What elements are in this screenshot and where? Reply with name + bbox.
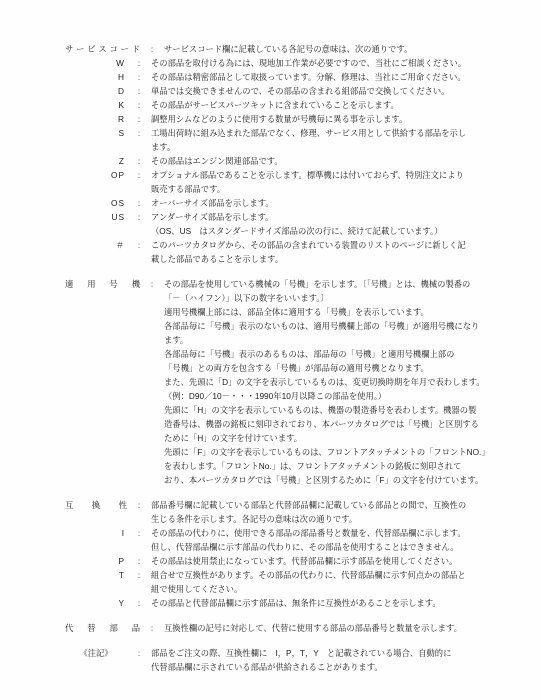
description-text: その部品はエンジン関連部品です。	[151, 154, 491, 168]
description-text: サービスコード欄に記載している各記号の意味は、次の通りです。	[164, 42, 491, 56]
description-text: 部品をご注文の際、互換性欄に I，P，T，Y と記載されている場合、自動的に 代…	[151, 646, 491, 674]
code-label: Y	[65, 596, 127, 610]
code-label: OP	[65, 168, 127, 182]
colon-separator: :	[127, 568, 151, 582]
colon-separator: :	[127, 98, 151, 112]
colon-separator: :	[127, 646, 151, 660]
description-text: その部品を使用している機械の「号機」を示します。〔「号機」とは、機械の製番の 「…	[164, 277, 491, 487]
colon-separator: :	[127, 112, 151, 126]
colon-separator: :	[140, 621, 164, 635]
section-label: 代替部品	[65, 621, 140, 635]
code-label: T	[65, 568, 127, 582]
description-text: 工場出荷時に組み込まれた部品でなく、修理、サービス用として供給する部品を示し ま…	[151, 126, 491, 154]
colon-separator: :	[140, 277, 164, 291]
description-text: その部品の代わりに、使用できる部品の部品番号と数量を、代替部品欄に示します。 但…	[151, 526, 491, 554]
code-label: W	[65, 56, 127, 70]
code-label: P	[65, 554, 127, 568]
colon-separator: :	[127, 238, 151, 252]
colon-separator: :	[140, 42, 164, 56]
colon-separator: :	[127, 498, 151, 512]
code-label: D	[65, 84, 127, 98]
code-label: Z	[65, 154, 127, 168]
colon-separator: :	[127, 554, 151, 568]
code-label: US	[65, 210, 127, 224]
document-page: サービスコード:サービスコード欄に記載している各記号の意味は、次の通りです。W:…	[0, 0, 541, 700]
section-label: サービスコード	[65, 42, 140, 56]
colon-separator: :	[127, 126, 151, 140]
description-text: その部品は使用禁止になっています。代替部品欄に示す部品を使用してください。	[151, 554, 491, 568]
code-label: K	[65, 98, 127, 112]
legend-row: D:単品では交換できませんので、その部品の含まれる組部品で交換してください。	[65, 84, 491, 98]
code-label: H	[65, 70, 127, 84]
colon-separator: :	[127, 210, 151, 224]
legend-row: P:その部品は使用禁止になっています。代替部品欄に示す部品を使用してください。	[65, 554, 491, 568]
description-text: 調整用シムなどのように使用する数量が号機毎に異る事を示します。	[151, 112, 491, 126]
section-label: 互換性	[65, 498, 127, 512]
description-text: 単品では交換できませんので、その部品の含まれる組部品で交換してください。	[151, 84, 491, 98]
legend-row: OP:オプショナル部品であることを示します。標準機には付いておらず、特別注文によ…	[65, 168, 491, 196]
section-label: 適用号機	[65, 277, 140, 291]
colon-separator: :	[127, 56, 151, 70]
colon-separator: :	[127, 196, 151, 210]
description-text: オーバーサイズ部品を示します。	[151, 196, 491, 210]
legend-row: 互換性:部品番号欄に記載している部品と代替部品欄に記載している部品との間で、互換…	[65, 498, 491, 526]
legend-row: H:その部品は精密部品として取扱っています。分解、修理は、当社にご用命ください。	[65, 70, 491, 84]
legend-row: Y:その部品と代替部品欄に示す部品は、無条件に互換性があることを示します。	[65, 596, 491, 610]
legend-row: ＃:このパーツカタログから、その部品の含まれている装置のリストのページに新しく記…	[65, 238, 491, 266]
code-label: OS	[65, 196, 127, 210]
description-text: オプショナル部品であることを示します。標準機には付いておらず、特別注文により 販…	[151, 168, 491, 196]
description-text: 互換性欄の記号に対応して、代替に使用する部品の部品番号と数量を示します。	[164, 621, 491, 635]
description-text: このパーツカタログから、その部品の含まれている装置のリストのページに新しく記 載…	[151, 238, 491, 266]
description-text: 部品番号欄に記載している部品と代替部品欄に記載している部品との間で、互換性の 生…	[151, 498, 491, 526]
legend-row: T:組合せで互換性があります。その部品の代わりに、代替部品欄に示す何点かの部品と…	[65, 568, 491, 596]
description-text: その部品と代替部品欄に示す部品は、無条件に互換性があることを示します。	[151, 596, 491, 610]
legend-row: US:アンダーサイズ部品を示します。 （OS、US はスタンダードサイズ部品の次…	[65, 210, 491, 238]
note-label: 《注記》	[65, 646, 127, 660]
legend-row: サービスコード:サービスコード欄に記載している各記号の意味は、次の通りです。	[65, 42, 491, 56]
colon-separator: :	[127, 70, 151, 84]
description-text: その部品がサービスパーツキットに含まれていることを示します。	[151, 98, 491, 112]
code-label: S	[65, 126, 127, 140]
legend-row: W:その部品を取付ける為には、現地加工作業が必要ですので、当社にご相談ください。	[65, 56, 491, 70]
legend-rows: サービスコード:サービスコード欄に記載している各記号の意味は、次の通りです。W:…	[65, 42, 491, 674]
legend-row: OS:オーバーサイズ部品を示します。	[65, 196, 491, 210]
code-label: I	[65, 526, 127, 540]
colon-separator: :	[127, 154, 151, 168]
colon-separator: :	[127, 168, 151, 182]
legend-row: 代替部品:互換性欄の記号に対応して、代替に使用する部品の部品番号と数量を示します…	[65, 621, 491, 635]
legend-row: 《注記》:部品をご注文の際、互換性欄に I，P，T，Y と記載されている場合、自…	[65, 646, 491, 674]
legend-row: R:調整用シムなどのように使用する数量が号機毎に異る事を示します。	[65, 112, 491, 126]
legend-row: K:その部品がサービスパーツキットに含まれていることを示します。	[65, 98, 491, 112]
legend-row: I:その部品の代わりに、使用できる部品の部品番号と数量を、代替部品欄に示します。…	[65, 526, 491, 554]
description-text: 組合せで互換性があります。その部品の代わりに、代替部品欄に示す何点かの部品と 組…	[151, 568, 491, 596]
code-label: ＃	[65, 238, 127, 252]
description-text: アンダーサイズ部品を示します。 （OS、US はスタンダードサイズ部品の次の行に…	[151, 210, 491, 238]
colon-separator: :	[127, 596, 151, 610]
legend-row: S:工場出荷時に組み込まれた部品でなく、修理、サービス用として供給する部品を示し…	[65, 126, 491, 154]
legend-row: Z:その部品はエンジン関連部品です。	[65, 154, 491, 168]
legend-row: 適用号機:その部品を使用している機械の「号機」を示します。〔「号機」とは、機械の…	[65, 277, 491, 487]
description-text: その部品を取付ける為には、現地加工作業が必要ですので、当社にご相談ください。	[151, 56, 491, 70]
description-text: その部品は精密部品として取扱っています。分解、修理は、当社にご用命ください。	[151, 70, 491, 84]
colon-separator: :	[127, 84, 151, 98]
colon-separator: :	[127, 526, 151, 540]
code-label: R	[65, 112, 127, 126]
